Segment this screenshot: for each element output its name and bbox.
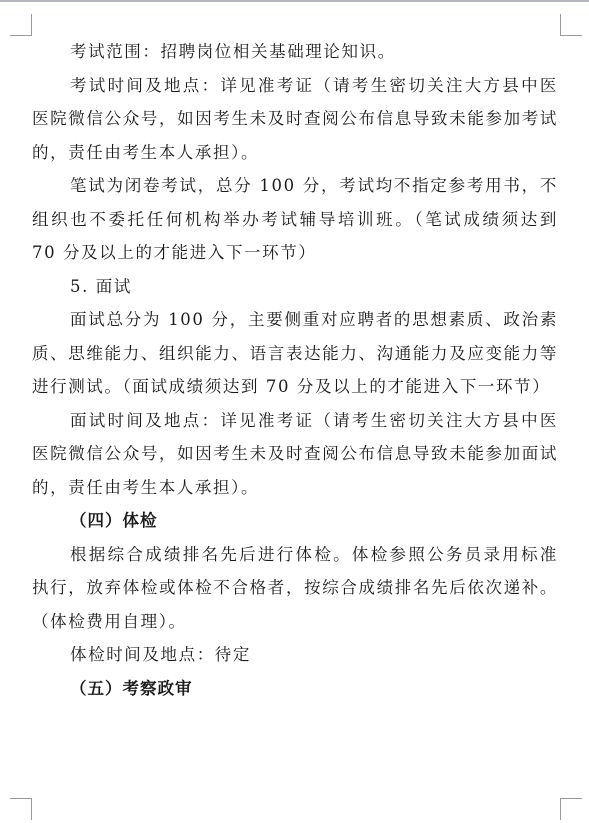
section-heading-political-review: （五）考察政审 [32, 672, 558, 706]
document-page: 考试范围：招聘岗位相关基础理论知识。 考试时间及地点：详见准考证（请考生密切关注… [32, 35, 558, 705]
crop-mark-top-right [560, 14, 582, 36]
page-top-edge [0, 0, 589, 2]
interview-time-place-paragraph: 面试时间及地点：详见准考证（请考生密切关注大方县中医医院微信公众号，如因考生未及… [32, 404, 558, 505]
exam-scope-paragraph: 考试范围：招聘岗位相关基础理论知识。 [32, 35, 558, 69]
interview-scoring-paragraph: 面试总分为 100 分，主要侧重对应聘者的思想素质、政治素质、思维能力、组织能力… [32, 303, 558, 404]
physical-exam-paragraph: 根据综合成绩排名先后进行体检。体检参照公务员录用标准执行，放弃体检或体检不合格者… [32, 538, 558, 639]
exam-time-place-paragraph: 考试时间及地点：详见准考证（请考生密切关注大方县中医医院微信公众号，如因考生未及… [32, 69, 558, 170]
crop-mark-bottom-right [560, 798, 582, 820]
physical-exam-time-paragraph: 体检时间及地点：待定 [32, 638, 558, 672]
written-exam-paragraph: 笔试为闭卷考试，总分 100 分，考试均不指定参考用书，不组织也不委托任何机构举… [32, 169, 558, 270]
section-heading-physical-exam: （四）体检 [32, 504, 558, 538]
crop-mark-top-left [10, 14, 32, 36]
crop-mark-bottom-left [10, 798, 32, 820]
interview-subheading: 5. 面试 [32, 270, 558, 304]
